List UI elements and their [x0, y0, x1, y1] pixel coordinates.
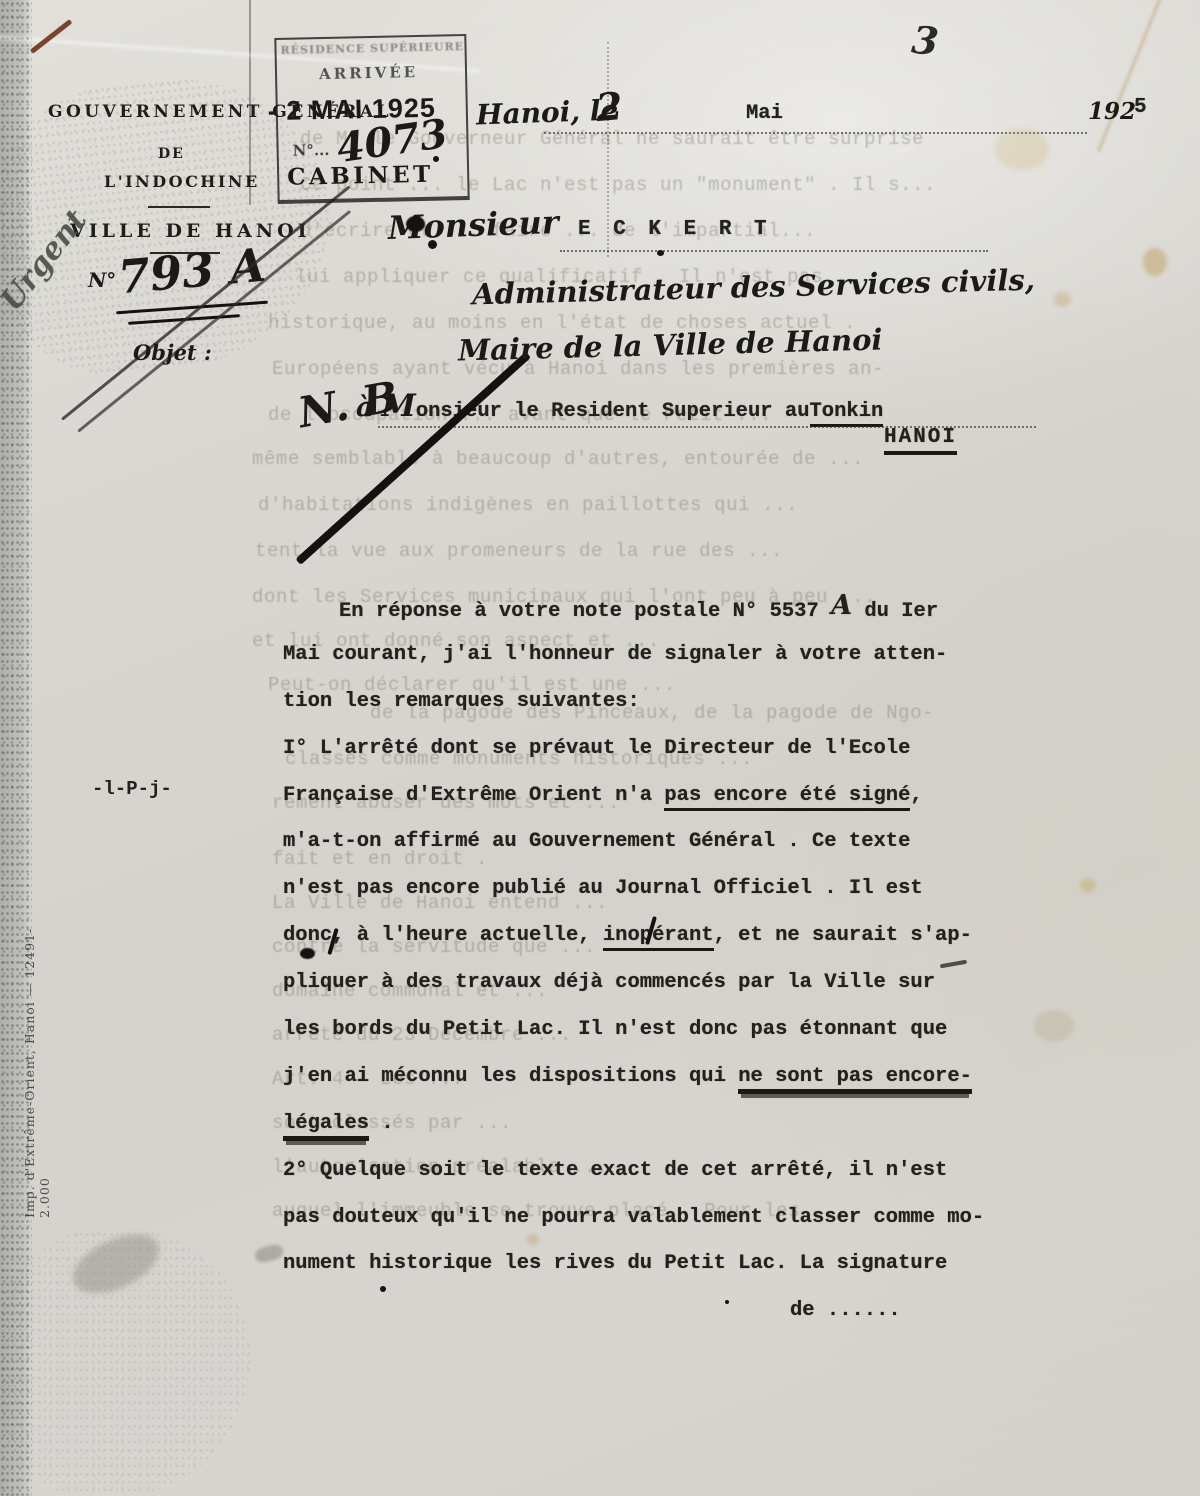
- body-line: n'est pas encore publié au Journal Offic…: [283, 866, 1003, 913]
- red-pen-mark: [30, 19, 72, 53]
- stamp-arrival-label: ARRIVÉE: [319, 63, 418, 83]
- body-text: Mai courant, j'ai l'honneur de signaler …: [283, 643, 947, 666]
- paper-stain: [995, 128, 1049, 170]
- paper-stain: [1034, 1010, 1074, 1042]
- body-text: m'a-t-on affirmé au Gouvernement Général…: [283, 830, 910, 853]
- body-text: n'est pas encore publié au Journal Offic…: [283, 877, 923, 900]
- dateline-day-handwritten: 2: [594, 83, 624, 130]
- letterhead-de: DE: [158, 146, 185, 162]
- body-line: légales .: [283, 1101, 1003, 1148]
- handwritten-ref-letter: A: [831, 590, 852, 621]
- body-text: En réponse à votre note postale N° 5537: [339, 600, 831, 623]
- page-number-handwritten: 3: [910, 17, 941, 65]
- objet-label: Objet :: [133, 340, 212, 365]
- to-city: HANOI: [884, 426, 957, 455]
- underlined-text: pas encore été signé: [664, 784, 910, 811]
- body-line: pliquer à des travaux déjà commencés par…: [283, 960, 1003, 1007]
- body-text: pliquer à des travaux déjà commencés par…: [283, 971, 935, 994]
- printer-imprint: Imp. d'Extrême-Orient, Hanoi — 12491-2.0…: [22, 888, 52, 1218]
- paper-stain: [1143, 248, 1167, 276]
- stamp-number-label: N°...: [292, 141, 329, 160]
- body-text: tion les remarques suivantes:: [283, 690, 640, 713]
- body-text: j'en ai méconnu les dispositions qui: [283, 1065, 738, 1088]
- crease-line: [1096, 0, 1163, 153]
- body-text: I° L'arrêté dont se prévaut le Directeur…: [283, 737, 910, 760]
- stamp-office: RÉSIDENCE SUPÉRIEURE: [280, 40, 464, 57]
- ghost-text-line: tent la vue aux promeneurs de la rue des…: [255, 540, 783, 562]
- dateline-year-printed: 192: [1088, 98, 1136, 125]
- body-text: du Ier: [852, 600, 938, 623]
- body-line: Mai courant, j'ai l'honneur de signaler …: [283, 632, 1003, 679]
- body-text: , et ne saurait s'ap-: [714, 924, 972, 947]
- body-text: pas douteux qu'il ne pourra valablement …: [283, 1206, 984, 1229]
- body-line: m'a-t-on affirmé au Gouvernement Général…: [283, 819, 1003, 866]
- letterhead-city: VILLE DE HANOI: [70, 220, 311, 242]
- body-line: donc, à l'heure actuelle, inopérant, et …: [283, 913, 1003, 960]
- body-line: les bords du Petit Lac. Il n'est donc pa…: [283, 1007, 1003, 1054]
- body-line: de ......: [283, 1288, 1003, 1335]
- body-text: de ......: [790, 1299, 901, 1322]
- body-line: I° L'arrêté dont se prévaut le Directeur…: [283, 726, 1003, 773]
- body-text: .: [369, 1112, 394, 1135]
- body-text: Française d'Extrême Orient n'a: [283, 784, 664, 807]
- ghost-text-line: d'habitations indigènes en paillottes qu…: [258, 494, 798, 516]
- body-line: pas douteux qu'il ne pourra valablement …: [283, 1195, 1003, 1242]
- letter-body: En réponse à votre note postale N° 5537 …: [283, 585, 1003, 1335]
- body-line: j'en ai méconnu les dispositions qui ne …: [283, 1054, 1003, 1101]
- body-line: En réponse à votre note postale N° 5537 …: [283, 585, 1003, 632]
- body-line: tion les remarques suivantes:: [283, 679, 1003, 726]
- paper-stain: [527, 1234, 539, 1245]
- recipient-name: E C K E R T: [578, 218, 772, 241]
- to-place: Tonkin: [810, 400, 884, 427]
- arrival-stamp: RÉSIDENCE SUPÉRIEURE ARRIVÉE - 2 MAI 192…: [274, 34, 469, 204]
- paper-stain: [1080, 878, 1096, 892]
- body-line: nument historique les rives du Petit Lac…: [283, 1241, 1003, 1288]
- body-line: Française d'Extrême Orient n'a pas encor…: [283, 773, 1003, 820]
- recipient-to-line: à M onsieur le Resident Superieur au Ton…: [356, 388, 883, 427]
- ink-speck: [380, 1286, 386, 1292]
- typist-initials: -l-P-j-: [92, 778, 172, 800]
- pencil-smudge: [254, 1243, 285, 1265]
- paper-stain: [1054, 292, 1071, 307]
- body-text: les bords du Petit Lac. Il n'est donc pa…: [283, 1018, 947, 1041]
- ink-speck: [433, 156, 439, 162]
- recipient-rule: [560, 250, 988, 252]
- underlined-text: légales: [283, 1112, 369, 1141]
- ink-blot: [406, 216, 425, 232]
- body-text: nument historique les rives du Petit Lac…: [283, 1252, 947, 1275]
- ink-speck: [657, 250, 664, 256]
- underlined-text: inopérant: [603, 924, 714, 951]
- document-scan: de M. le Gouverneur Général ne saurait ê…: [0, 0, 1200, 1496]
- body-text: ,: [910, 784, 922, 807]
- ink-blot: [428, 240, 437, 249]
- ghost-text-line: même semblable à beaucoup d'autres, ento…: [252, 448, 864, 470]
- body-line: 2° Quelque soit le texte exact de cet ar…: [283, 1148, 1003, 1195]
- underlined-text: ne sont pas encore-: [738, 1065, 972, 1094]
- ink-speck: [725, 1300, 729, 1304]
- body-text: 2° Quelque soit le texte exact de cet ar…: [283, 1159, 947, 1182]
- ink-speck: [300, 948, 315, 959]
- dateline-month: Mai: [746, 102, 783, 125]
- letterhead-rule: [148, 206, 210, 208]
- reference-number-label: N°: [88, 268, 116, 292]
- letterhead-indochine: L'INDOCHINE: [104, 172, 260, 191]
